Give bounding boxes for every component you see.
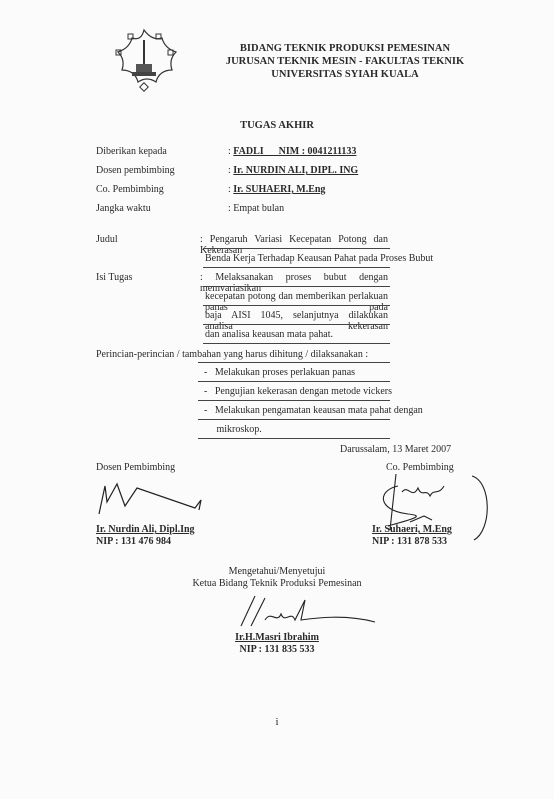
student-name: FADLI NIM : 0041211133: [233, 146, 356, 157]
approval-title: Ketua Bidang Teknik Produksi Pemesinan: [0, 578, 554, 589]
perincian-label: Perincian-perincian / tambahan yang haru…: [96, 349, 368, 360]
right-nip: NIP : 131 878 533: [372, 536, 447, 547]
approval-line: Mengetahui/Menyetujui: [0, 566, 554, 577]
left-role: Dosen Pembimbing: [96, 462, 175, 473]
document-title: TUGAS AKHIR: [0, 120, 554, 131]
field-label: Dosen pembimbing: [96, 165, 175, 176]
field-label: Diberikan kepada: [96, 146, 167, 157]
judul-label: Judul: [96, 234, 118, 245]
isi-tugas-line: dan analisa keausan mata pahat.: [205, 329, 333, 340]
duration: Empat bulan: [233, 203, 284, 214]
supervisor-name: Ir. NURDIN ALI, DIPL. ING: [233, 165, 358, 176]
letterhead: BIDANG TEKNIK PRODUKSI PEMESINAN JURUSAN…: [190, 42, 500, 81]
task-item: - Pengujian kekerasan dengan metode vick…: [204, 386, 392, 397]
place-date: Darussalam, 13 Maret 2007: [340, 444, 451, 455]
judul-line: Benda Kerja Terhadap Keausan Pahat pada …: [205, 253, 433, 264]
right-name: Ir. Suhaeri, M.Eng: [372, 524, 452, 535]
isi-tugas-label: Isi Tugas: [96, 272, 132, 283]
field-value: : Ir. NURDIN ALI, DIPL. ING: [228, 165, 358, 176]
field-value: : Ir. SUHAERI, M.Eng: [228, 184, 325, 195]
letterhead-line: UNIVERSITAS SYIAH KUALA: [190, 68, 500, 81]
page-number: i: [0, 716, 554, 728]
task-item: - Melakukan pengamatan keausan mata paha…: [204, 405, 390, 416]
approver-nip: NIP : 131 835 533: [0, 644, 554, 655]
task-item: mikroskop.: [204, 424, 262, 435]
university-crest-icon: [110, 28, 178, 92]
signature-masri: [225, 590, 385, 630]
left-name: Ir. Nurdin Ali, Dipl.Ing: [96, 524, 195, 535]
approver-name: Ir.H.Masri Ibrahim: [0, 632, 554, 643]
field-label: Co. Pembimbing: [96, 184, 164, 195]
letterhead-line: JURUSAN TEKNIK MESIN - FAKULTAS TEKNIK: [190, 55, 500, 68]
field-value: : Empat bulan: [228, 203, 284, 214]
task-item: - Melakukan proses perlakuan panas: [204, 367, 355, 378]
field-label: Jangka waktu: [96, 203, 151, 214]
field-value: : FADLI NIM : 0041211133: [228, 146, 356, 157]
letterhead-line: BIDANG TEKNIK PRODUKSI PEMESINAN: [190, 42, 500, 55]
left-nip: NIP : 131 476 984: [96, 536, 171, 547]
signature-nurdin: [95, 478, 215, 518]
co-supervisor-name: Ir. SUHAERI, M.Eng: [233, 184, 325, 195]
